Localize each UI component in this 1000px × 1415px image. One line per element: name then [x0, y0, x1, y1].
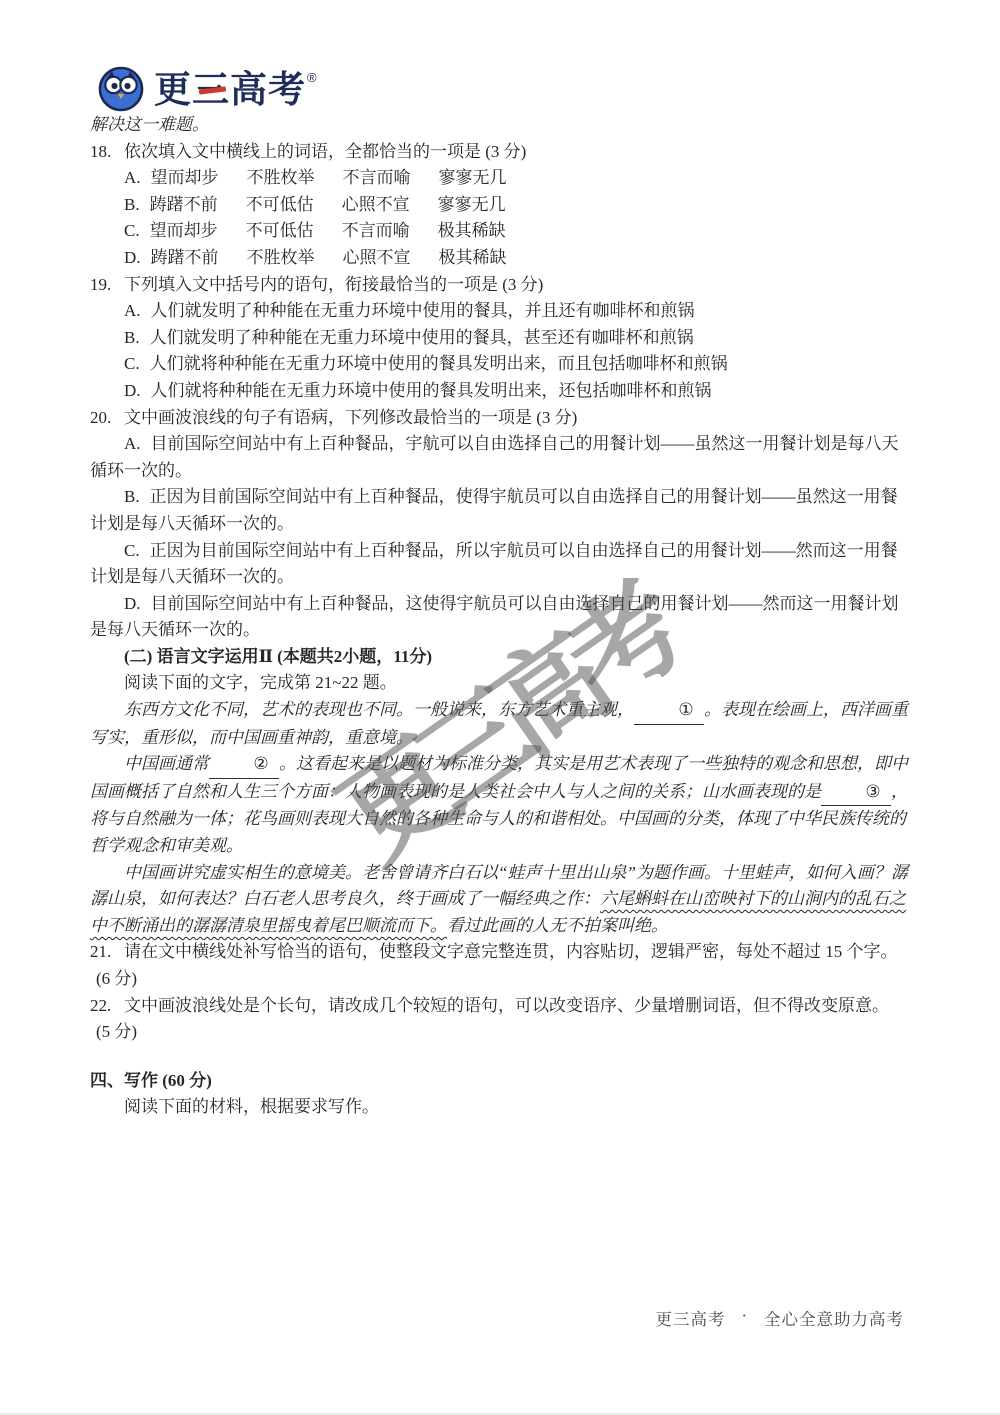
- question-18-stem: 18.依次填入文中横线上的词语，全都恰当的一项是 (3 分): [90, 139, 914, 166]
- brand-logo-text: 更三高考: [154, 69, 306, 110]
- question-19-option-b: B.人们就发明了种种能在无重力环境中使用的餐具，甚至还有咖啡杯和煎锅: [90, 325, 914, 352]
- question-22: 22.文中画波浪线处是个长句，请改成几个较短的语句，可以改变语序、少量增删词语，…: [90, 993, 914, 1046]
- question-18-option-b: B.踌躇不前不可低估心照不宣寥寥无几: [90, 192, 914, 219]
- page-footer: 更三高考 · 全心全意助力高考: [656, 1306, 905, 1330]
- question-number: 20.: [90, 405, 124, 432]
- exam-body: 解决这一难题。 18.依次填入文中横线上的词语，全都恰当的一项是 (3 分) A…: [90, 112, 914, 1121]
- section2-heading: (二) 语言文字运用Ⅱ (本题共2小题，11分): [90, 644, 914, 671]
- question-18-option-c: C.望而却步不可低估不言而喻极其稀缺: [90, 218, 914, 245]
- question-number: 19.: [90, 272, 124, 299]
- question-20-option-a: A.目前国际空间站中有上百种餐品，宇航可以自由选择自己的用餐计划——虽然这一用餐…: [90, 431, 914, 484]
- question-number: 18.: [90, 139, 124, 166]
- question-19-option-c: C.人们就将种种能在无重力环境中使用的餐具发明出来，而且包括咖啡杯和煎锅: [90, 351, 914, 378]
- blank-2: ②: [209, 751, 279, 779]
- question-19-option-d: D.人们就将种种能在无重力环境中使用的餐具发明出来，还包括咖啡杯和煎锅: [90, 378, 914, 405]
- section4-writing: 四、写作 (60 分) 阅读下面的材料，根据要求写作。: [90, 1068, 914, 1121]
- question-20-option-c: C.正因为目前国际空间站中有上百种餐品，所以宇航员可以自由选择自己的用餐计划——…: [90, 538, 914, 591]
- footer-slogan: 全心全意助力高考: [764, 1306, 904, 1330]
- section4-intro: 阅读下面的材料，根据要求写作。: [90, 1094, 914, 1121]
- question-number: 22.: [90, 993, 124, 1020]
- footer-dot: ·: [742, 1306, 749, 1330]
- question-20-option-d: D.目前国际空间站中有上百种餐品，这使得宇航员可以自由选择自己的用餐计划——然而…: [90, 591, 914, 644]
- question-21: 21.请在文中横线处补写恰当的语句，使整段文字意完整连贯，内容贴切，逻辑严密，每…: [90, 939, 914, 992]
- registered-mark: ®: [307, 70, 318, 85]
- question-19-option-a: A.人们就发明了种种能在无重力环境中使用的餐具，并且还有咖啡杯和煎锅: [90, 298, 914, 325]
- question-22-score: (5 分): [90, 1019, 914, 1046]
- blank-3: ③: [821, 779, 891, 807]
- question-20: 20.文中画波浪线的句子有语病，下列修改最恰当的一项是 (3 分) A.目前国际…: [90, 405, 914, 644]
- question-22-stem: 22.文中画波浪线处是个长句，请改成几个较短的语句，可以改变语序、少量增删词语，…: [90, 993, 914, 1020]
- question-18-option-a: A.望而却步不胜枚举不言而喻寥寥无几: [90, 165, 914, 192]
- question-19: 19.下列填入文中括号内的语句，衔接最恰当的一项是 (3 分) A.人们就发明了…: [90, 272, 914, 405]
- blank-1: ①: [634, 697, 704, 725]
- brand-header: 更三高考®: [98, 66, 318, 112]
- question-number: 21.: [90, 939, 124, 966]
- section4-title: 四、写作 (60 分): [90, 1068, 914, 1095]
- owl-logo-icon: [98, 66, 144, 112]
- footer-brand: 更三高考: [656, 1306, 726, 1330]
- passage-fragment: 解决这一难题。: [90, 112, 914, 139]
- section2-intro: 阅读下面的文字，完成第 21~22 题。: [90, 670, 914, 697]
- question-21-score: (6 分): [90, 966, 914, 993]
- question-20-stem: 20.文中画波浪线的句子有语病，下列修改最恰当的一项是 (3 分): [90, 405, 914, 432]
- brand-logotype: 更三高考®: [154, 71, 318, 108]
- question-18-option-d: D.踌躇不前不胜枚举心照不宣极其稀缺: [90, 245, 914, 272]
- passage-paragraph-1: 东西方文化不同，艺术的表现也不同。一般说来，东方艺术重主观，①。表现在绘画上，西…: [90, 697, 914, 751]
- question-20-option-b: B.正因为目前国际空间站中有上百种餐品，使得宇航员可以自由选择自己的用餐计划——…: [90, 484, 914, 537]
- question-19-stem: 19.下列填入文中括号内的语句，衔接最恰当的一项是 (3 分): [90, 272, 914, 299]
- question-18: 18.依次填入文中横线上的词语，全都恰当的一项是 (3 分) A.望而却步不胜枚…: [90, 139, 914, 272]
- passage-paragraph-3: 中国画讲究虚实相生的意境美。老舍曾请齐白石以“蛙声十里出山泉”为题作画。十里蛙声…: [90, 860, 914, 940]
- passage-paragraph-2: 中国画通常②。这看起来是以题材为标准分类，其实是用艺术表现了一些独特的观念和思想…: [90, 751, 914, 859]
- question-21-stem: 21.请在文中横线处补写恰当的语句，使整段文字意完整连贯，内容贴切，逻辑严密，每…: [90, 939, 914, 966]
